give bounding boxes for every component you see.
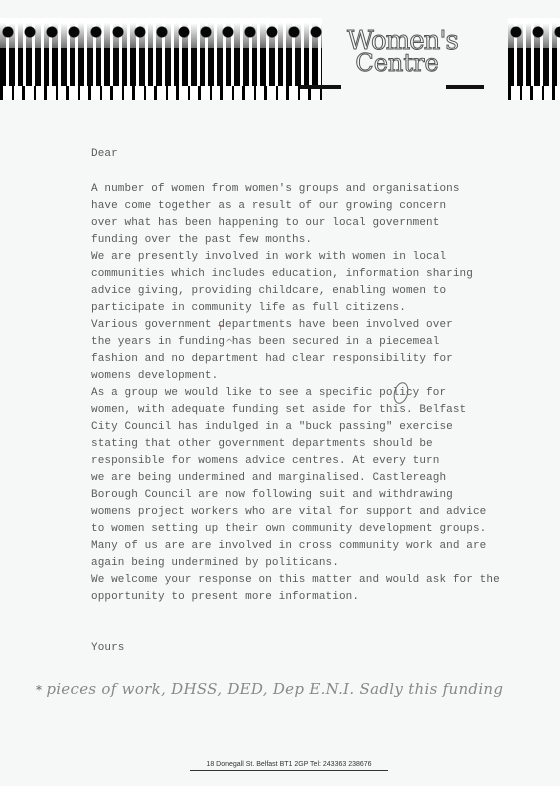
letter-line: advice giving, providing childcare, enab… (91, 283, 500, 300)
letter-line: communities which includes education, in… (91, 266, 500, 283)
letter-page: Women's Centre Dear A number of women fr… (0, 0, 560, 786)
letter-line: stating that other government department… (91, 436, 500, 453)
letterhead-photo-left (0, 18, 322, 100)
handwritten-insert-mark: ⸆ (218, 322, 224, 337)
letter-line: Many of us are are involved in cross com… (91, 538, 500, 555)
asterisk-icon: * (36, 683, 42, 697)
letter-line: We are presently involved in work with w… (91, 249, 500, 266)
letterhead-photo-right (508, 18, 560, 100)
letter-line: As a group we would like to see a specif… (91, 385, 500, 402)
logo-line-centre: Centre (347, 52, 447, 74)
letter-line: women, with adequate funding set aside f… (91, 402, 500, 419)
salutation: Dear (91, 146, 118, 163)
letter-line: Borough Council are now following suit a… (91, 487, 500, 504)
letter-line: A number of women from women's groups an… (91, 181, 500, 198)
letterhead-rule-left (300, 85, 341, 89)
handwritten-note-text: pieces of work, DHSS, DED, Dep E.N.I. Sa… (46, 680, 503, 698)
letterhead-rule-right (446, 85, 484, 89)
letter-body: A number of women from women's groups an… (91, 181, 500, 606)
letter-line: to women setting up their own community … (91, 521, 500, 538)
letter-line: Various government departments have been… (91, 317, 500, 334)
letter-line: fashion and no department had clear resp… (91, 351, 500, 368)
letter-line: responsible for womens advice centres. A… (91, 453, 500, 470)
handwritten-caret-mark: ^ (225, 338, 233, 349)
letter-line: have come together as a result of our gr… (91, 198, 500, 215)
letter-line: the years in funding has been secured in… (91, 334, 500, 351)
letter-line: we are being undermined and marginalised… (91, 470, 500, 487)
letter-line: participate in community life as full ci… (91, 300, 500, 317)
organisation-logo: Women's Centre (347, 30, 447, 74)
letter-line: City Council has indulged in a "buck pas… (91, 419, 500, 436)
closing: Yours (91, 640, 125, 657)
letter-line: over what has been happening to our loca… (91, 215, 500, 232)
letter-line: womens project workers who are vital for… (91, 504, 500, 521)
letter-line: again being undermined by politicans. (91, 555, 500, 572)
footer-address: 18 Donegall St. Belfast BT1 2GP Tel: 243… (190, 761, 388, 771)
letter-line: opportunity to present more information. (91, 589, 500, 606)
letter-line: funding over the past few months. (91, 232, 500, 249)
handwritten-note: *pieces of work, DHSS, DED, Dep E.N.I. S… (36, 680, 503, 698)
letter-line: We welcome your response on this matter … (91, 572, 500, 589)
letter-line: womens development. (91, 368, 500, 385)
